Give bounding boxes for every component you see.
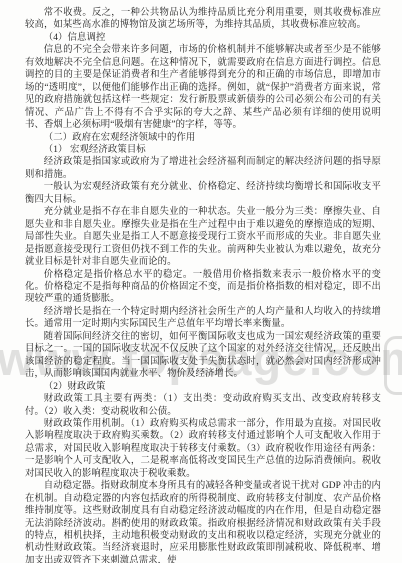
paragraph: 充分就业是指不存在非自愿失业的一种状态。失业一般分为三类：摩擦失业、自愿失业和非… [25,206,381,268]
document-page: www.topsage.com 常不收费。反之，一种公共物品认为维持品质比充分利… [0,0,402,563]
paragraph: 自动稳定器。指财政制度本身所具有的减轻各种变量或者说干扰对 GDP 冲击的内在机… [25,480,381,563]
paragraph: 经济增长是指在一个特定时期内经济社会所生产的人均产量和人均收入的持续增长。通常用… [25,306,381,331]
paragraph: 常不收费。反之，一种公共物品认为维持品质比充分利用重要，则其收费标准应较高，如某… [25,7,381,32]
paragraph: 信息的不完全会带来许多问题，市场的价格机制并不能够解决或者至少是不能够有效地解决… [25,44,381,131]
paragraph: 经济政策是指国家或政府为了增进社会经济福利而制定的解决经济问题的指导原则和措施。 [25,156,381,181]
paragraph: 价格稳定是指价格总水平的稳定。一般借用价格指数来表示一般价格水平的变化。价格稳定… [25,269,381,306]
paragraph: 随着国际间经济交往的密切，如何平衡国际收支也成为一国宏观经济政策的重要目标之一。… [25,331,381,381]
paragraph: 财政政策工具主要有两类：（1）支出类：变动政府购买支出、改变政府转移支付。（2）… [25,393,381,418]
section-heading: （4）信息调控 [25,32,381,44]
page-text-block: 常不收费。反之，一种公共物品认为维持品质比充分利用重要，则其收费标准应较高，如某… [0,0,402,563]
section-heading: （2）财政政策 [25,381,381,393]
section-heading: （1） 宏观经济政策目标 [25,144,381,156]
paragraph: 一般认为宏观经济政策有充分就业、价格稳定、经济持续均衡增长和国际收支平衡四大目标… [25,181,381,206]
paragraph: 财政政策作用机制。（1）政府购买构成总需求一部分，作用最为直接。对国民收入影响程… [25,418,381,480]
section-heading: （二）政府在宏观经济领域中的作用 [25,132,381,144]
